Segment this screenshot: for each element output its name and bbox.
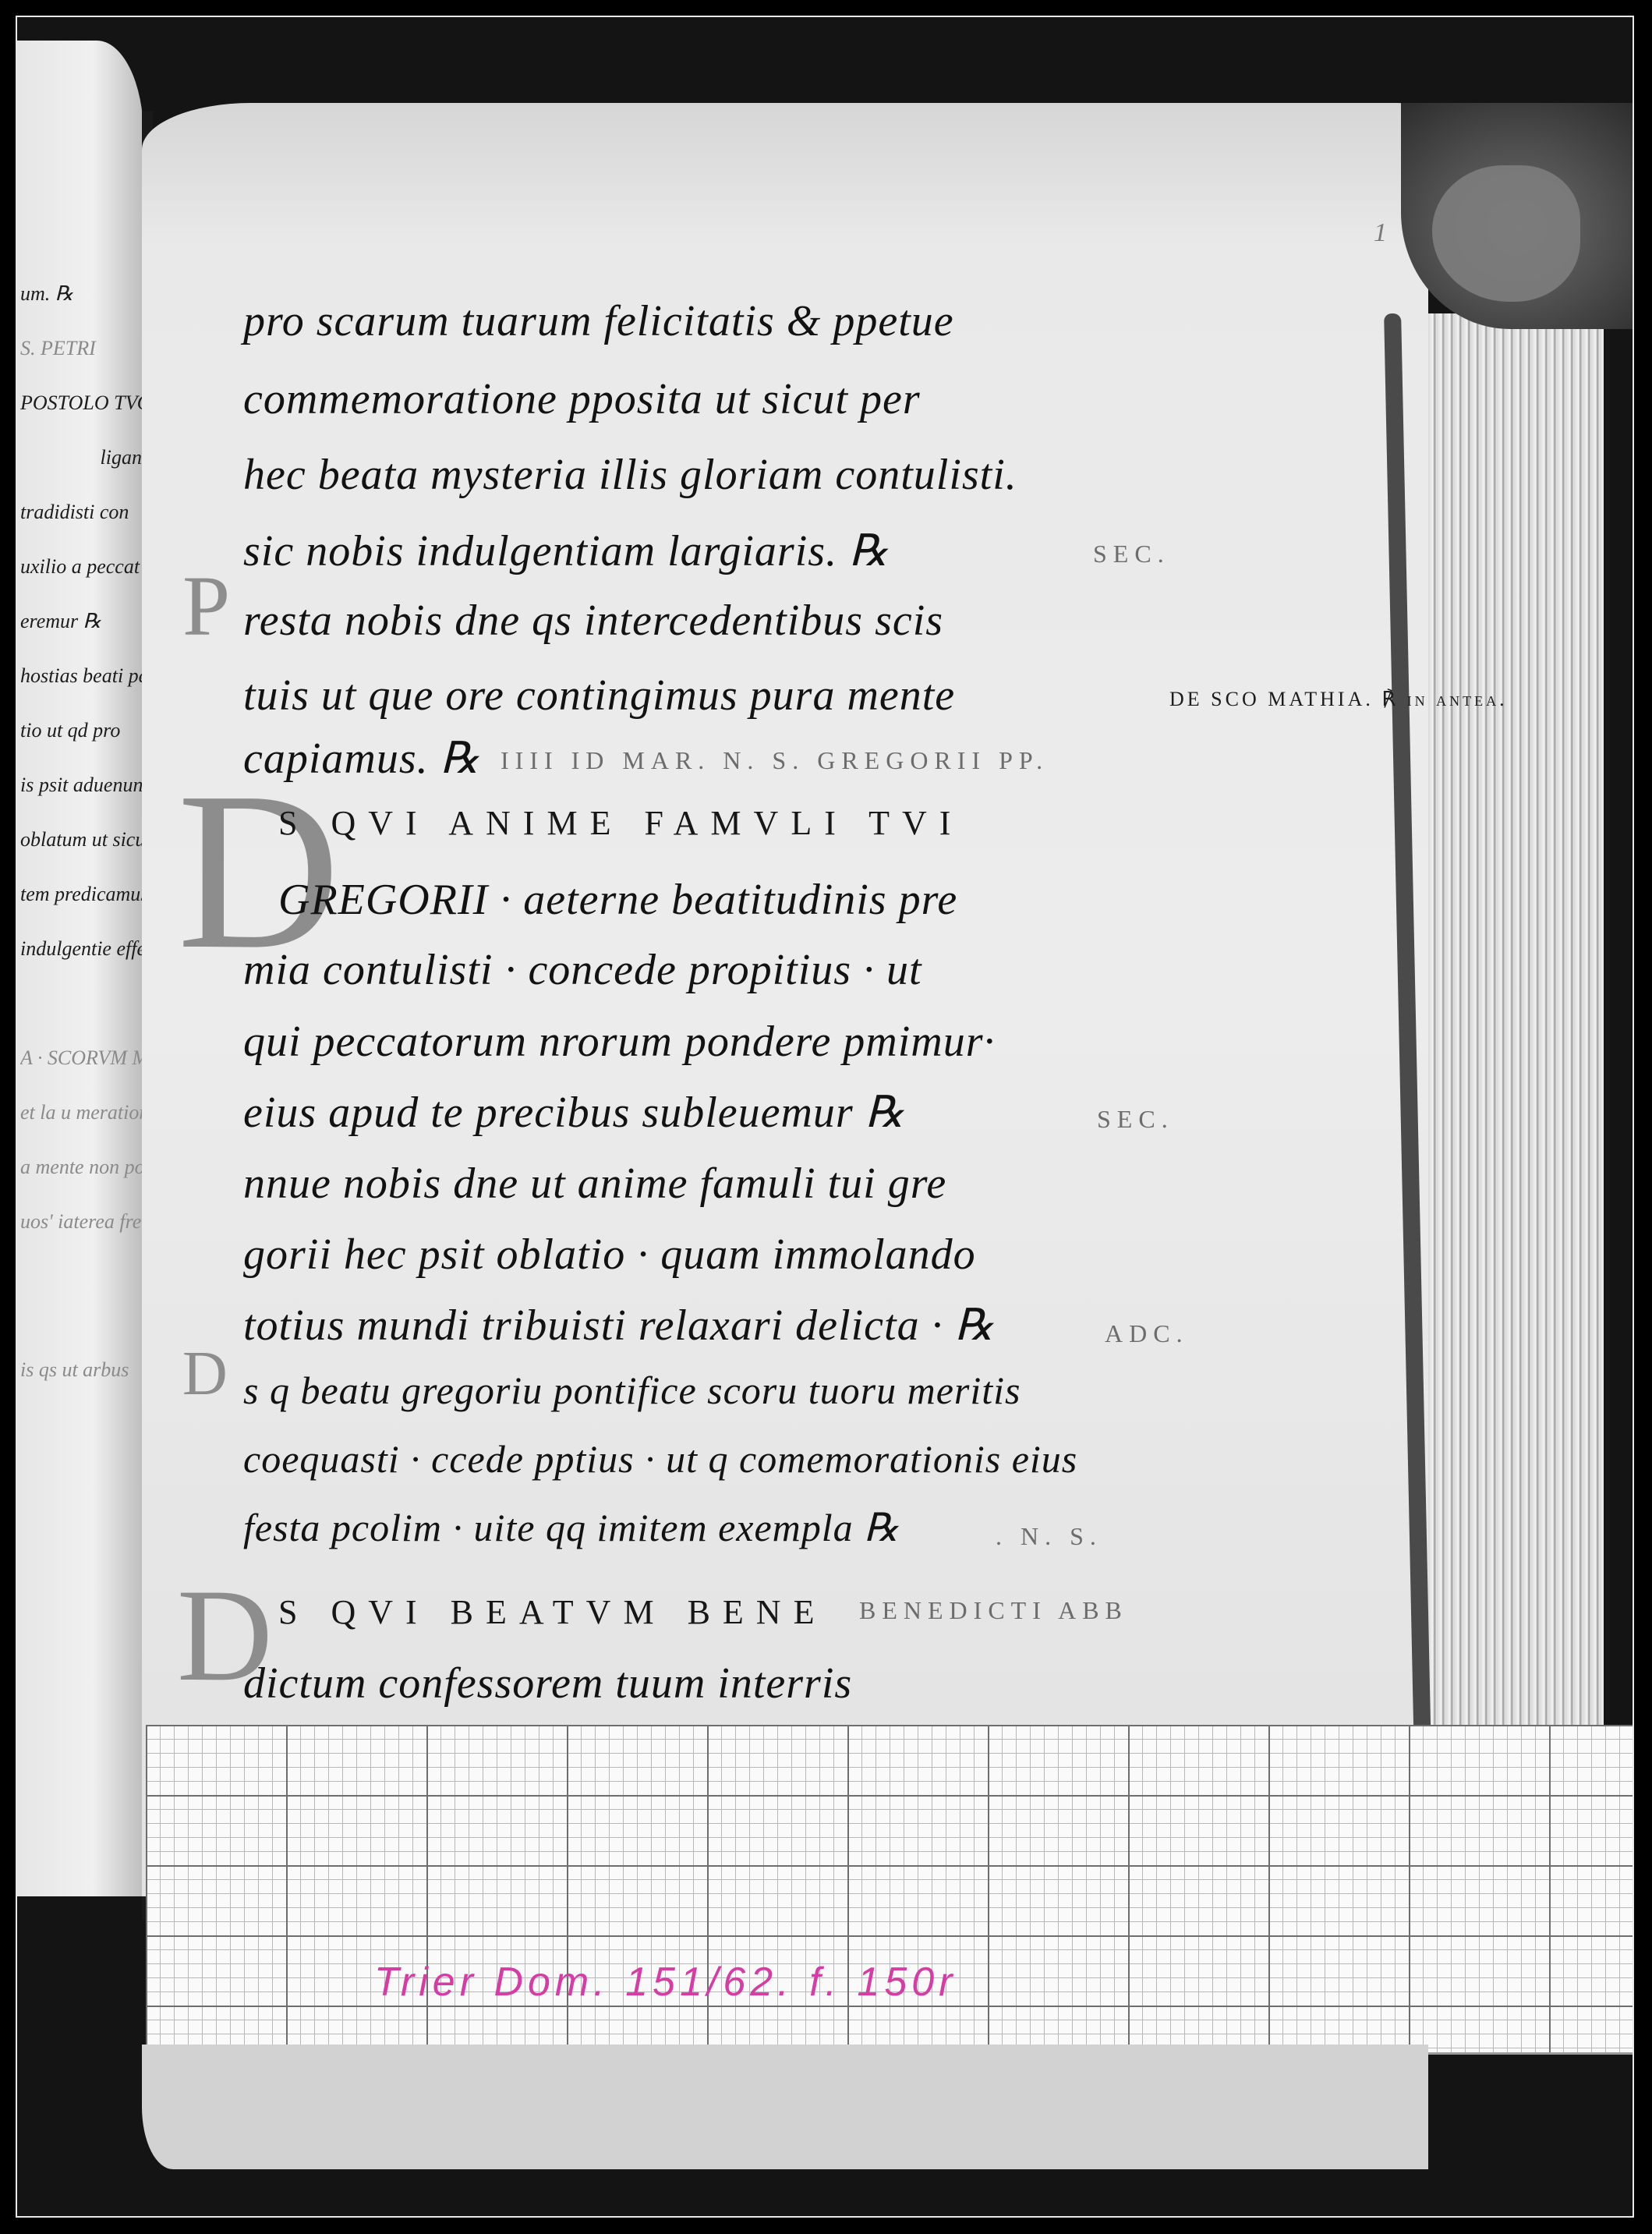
text-line: s q beatu gregoriu pontifice scoru tuoru… — [243, 1368, 1021, 1413]
marginal-note: DE SCO MATHIA. ℟ in antea. — [1169, 688, 1508, 711]
rubric-feast-gregory: IIII ID MAR. N. S. GREGORII PP. — [501, 746, 1049, 775]
text-line: qui peccatorum nrorum pondere pmimur· — [243, 1017, 996, 1067]
text-line: commemoratione pposita ut sicut per — [243, 374, 921, 424]
text-line: gorii hec psit oblatio · quam immolando — [243, 1230, 976, 1280]
text-line: mia contulisti · concede propitius · ut — [243, 945, 922, 995]
rubric-sec: SEC. — [1097, 1105, 1174, 1134]
shelfmark-annotation: Trier Dom. 151/62. f. 150r — [374, 1959, 957, 2006]
text-line: tuis ut que ore contingimus pura mente — [243, 671, 955, 720]
text-line: sic nobis indulgentiam largiaris. ℞ — [243, 526, 889, 576]
text-line: eius apud te precibus subleuemur ℞ — [243, 1087, 905, 1138]
initial-d-small: D — [182, 1343, 228, 1405]
initial-p: P — [182, 563, 230, 649]
rubric-benedict: BENEDICTI ABB — [859, 1596, 1128, 1625]
rubric-ns: . N. S. — [996, 1522, 1102, 1551]
text-line: festa pcolim · uite qq imitem exempla ℞ — [243, 1505, 900, 1550]
rubric-adc: ADC. — [1105, 1319, 1189, 1348]
page-bottom-edge — [142, 2045, 1428, 2169]
photograph: um. ℞ S. PETRI POSTOLO TVO ligan tradidi… — [17, 17, 1633, 2216]
text-line: nnue nobis dne ut anime famuli tui gre — [243, 1159, 946, 1209]
text-line: coequasti · ccede pptius · ut q comemora… — [243, 1436, 1077, 1482]
text-line-capitals: S QVI ANIME FAMVLI TVI — [278, 803, 963, 843]
text-line: hec beata mysteria illis gloriam contuli… — [243, 450, 1017, 500]
text-line-capitals: S QVI BEATVM BENE — [278, 1592, 826, 1632]
text-line: dictum confessorem tuum interris — [243, 1659, 852, 1708]
text-line: pro scarum tuarum felicitatis & ppetue — [243, 296, 954, 346]
text-line: totius mundi tribuisti relaxari delicta … — [243, 1300, 995, 1351]
rubric-sec: SEC. — [1093, 540, 1170, 568]
text-line: GREGORII · aeterne beatitudinis pre — [278, 875, 957, 925]
text-line: resta nobis dne qs intercedentibus scis — [243, 596, 943, 646]
